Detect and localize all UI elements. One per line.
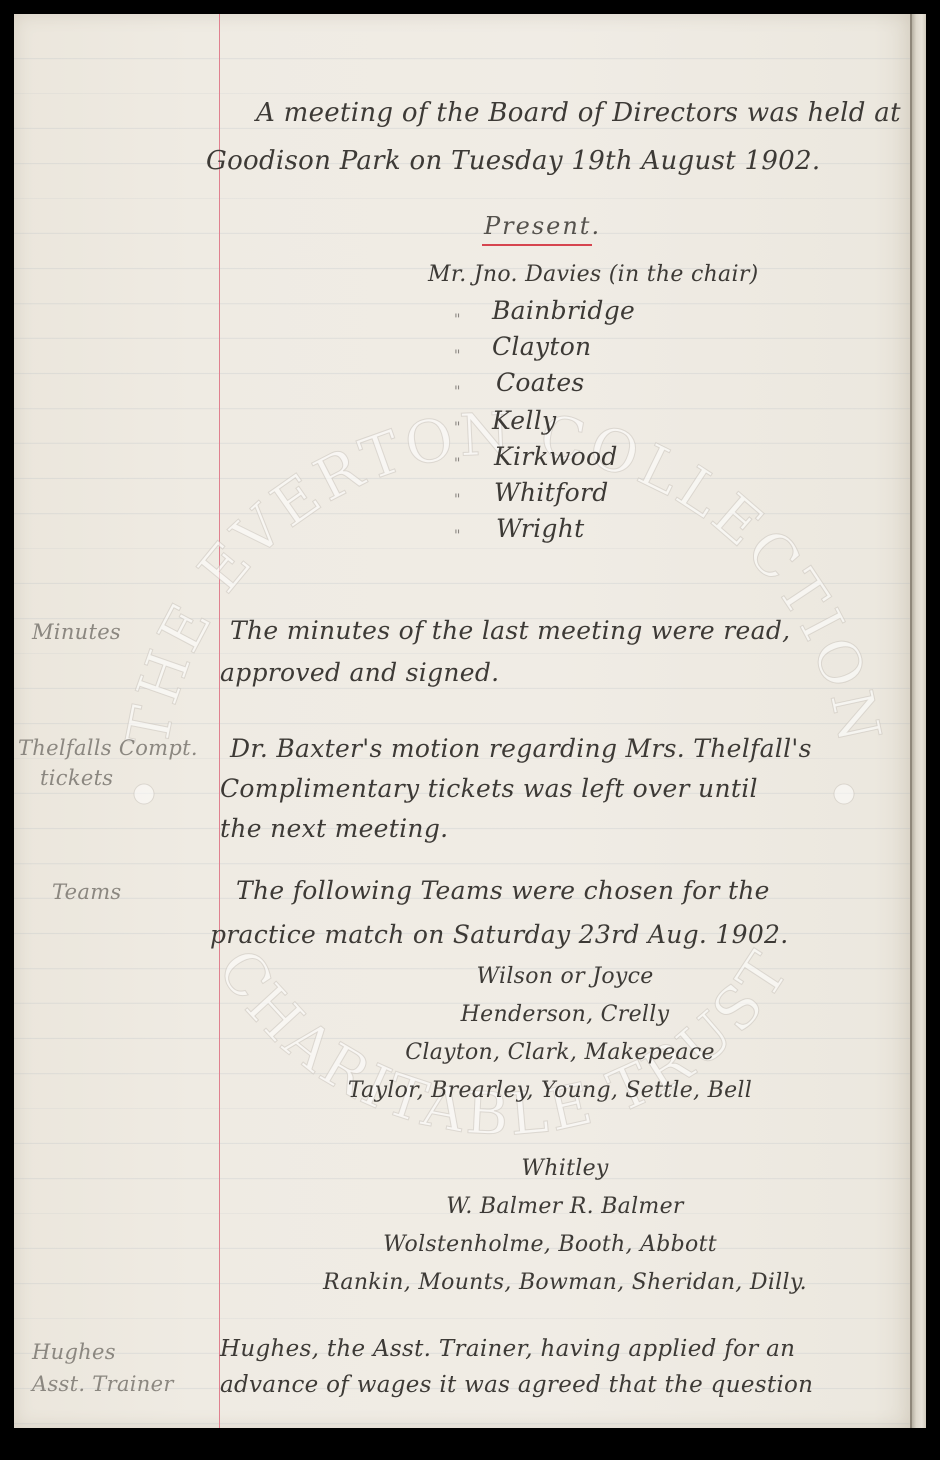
minute-book-page: THE EVERTON COLLECTION CHARITABLE TRUST … xyxy=(14,14,910,1428)
present-member: Coates xyxy=(496,368,585,397)
present-member: Clayton xyxy=(492,332,591,361)
entry-hughes-line: advance of wages it was agreed that the … xyxy=(220,1372,813,1398)
header-line-2: Goodison Park on Tuesday 19th August 190… xyxy=(206,146,820,176)
ditto-mark: " xyxy=(454,420,460,436)
margin-label-tickets: Thelfalls Compt. xyxy=(18,736,198,760)
entry-tickets-line: Dr. Baxter's motion regarding Mrs. Thelf… xyxy=(230,734,812,763)
margin-label-minutes: Minutes xyxy=(32,620,121,644)
margin-label-teams: Teams xyxy=(52,880,122,904)
team-1-line: Wilson or Joyce xyxy=(220,964,910,989)
ditto-mark: " xyxy=(454,312,460,328)
margin-label-hughes: Hughes xyxy=(32,1340,116,1364)
present-chair: Mr. Jno. Davies (in the chair) xyxy=(428,262,759,287)
ditto-mark: " xyxy=(454,348,460,364)
team-2-line: Rankin, Mounts, Bowman, Sheridan, Dilly. xyxy=(220,1270,910,1295)
present-underline xyxy=(482,244,592,246)
entry-tickets-line: Complimentary tickets was left over unti… xyxy=(220,774,758,803)
ditto-mark: " xyxy=(454,384,460,400)
team-2-line: W. Balmer R. Balmer xyxy=(220,1194,910,1219)
entry-teams-line: The following Teams were chosen for the xyxy=(236,876,770,905)
present-member: Bainbridge xyxy=(492,296,635,325)
ditto-mark: " xyxy=(454,528,460,544)
team-1-line: Taylor, Brearley, Young, Settle, Bell xyxy=(210,1078,890,1103)
entry-hughes-line: Hughes, the Asst. Trainer, having applie… xyxy=(220,1336,795,1362)
entry-teams-line: practice match on Saturday 23rd Aug. 190… xyxy=(210,920,789,949)
team-1-line: Clayton, Clark, Makepeace xyxy=(220,1040,900,1065)
ditto-mark: " xyxy=(454,492,460,508)
present-member: Whitford xyxy=(494,478,609,507)
entry-minutes-line: approved and signed. xyxy=(220,658,499,687)
entry-minutes-line: The minutes of the last meeting were rea… xyxy=(230,616,790,645)
ditto-mark: " xyxy=(454,456,460,472)
present-title: Present. xyxy=(484,212,601,240)
team-1-line: Henderson, Crelly xyxy=(220,1002,910,1027)
entry-tickets-line: the next meeting. xyxy=(220,814,448,843)
present-member: Kelly xyxy=(492,406,556,435)
adjacent-page-edge xyxy=(910,14,926,1428)
margin-label-hughes: Asst. Trainer xyxy=(32,1372,174,1396)
margin-label-tickets: tickets xyxy=(40,766,113,790)
header-line-1: A meeting of the Board of Directors was … xyxy=(256,98,901,128)
present-member: Kirkwood xyxy=(494,442,618,471)
team-2-line: Wolstenholme, Booth, Abbott xyxy=(220,1232,880,1257)
present-member: Wright xyxy=(496,514,584,543)
team-2-line: Whitley xyxy=(220,1156,910,1181)
